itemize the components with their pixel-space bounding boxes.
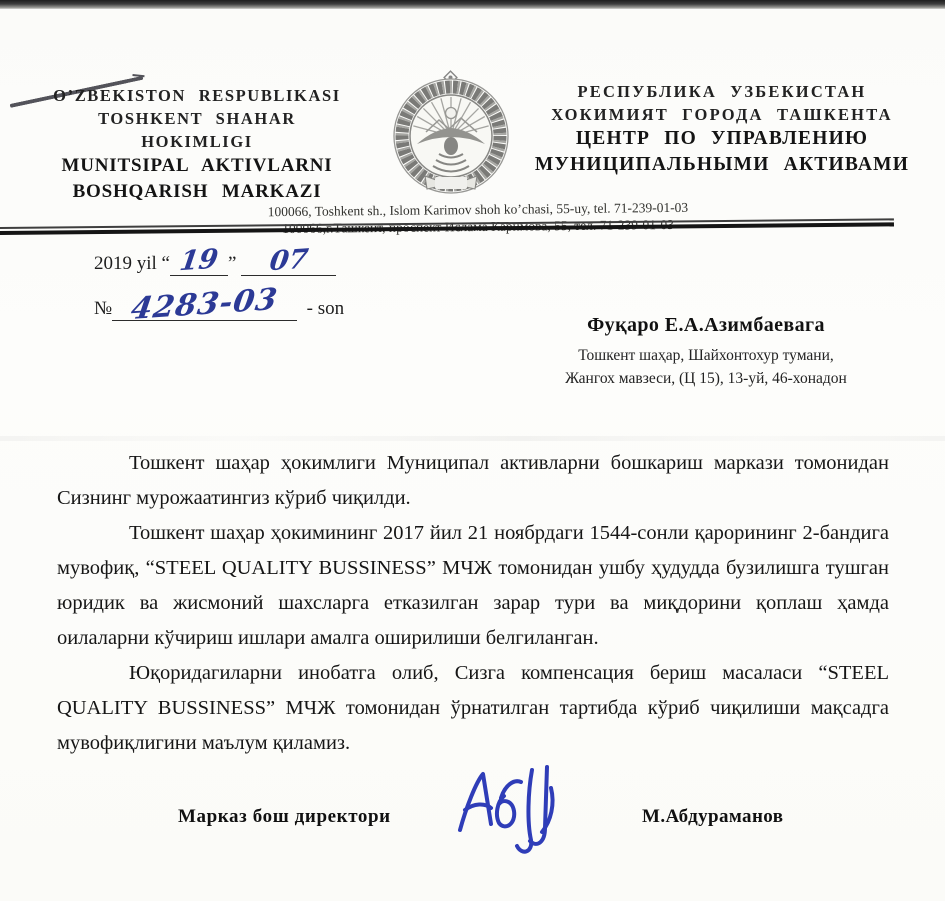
- reference-number-row: №4283-03 - son: [94, 295, 344, 339]
- scanned-letter-page: O’ZBEKISTON RESPUBLIKASI TOSHKENT SHAHAR…: [0, 0, 945, 901]
- scan-edge-artifact: [0, 0, 945, 9]
- org-left-line: TOSHKENT SHAHAR HOKIMLIGI: [36, 107, 358, 153]
- date-day-blank: 19: [170, 251, 228, 276]
- recipient-address-line: Тошкент шаҳар, Шайхонтохур тумани,: [505, 344, 907, 367]
- org-right-line: РЕСПУБЛИКА УЗБЕКИСТАН: [522, 80, 922, 103]
- uzbekistan-emblem-icon: [386, 70, 518, 198]
- org-header-left: O’ZBEKISTON RESPUBLIKASI TOSHKENT SHAHAR…: [36, 84, 358, 205]
- org-right-line: МУНИЦИПАЛЬНЫМИ АКТИВАМИ: [522, 152, 922, 178]
- body-paragraph: Тошкент шаҳар ҳокимлиги Муниципал активл…: [57, 446, 889, 516]
- number-handwritten: 4283-03: [130, 290, 279, 320]
- body-paragraph: Юқоридагиларни инобатга олиб, Сизга комп…: [57, 656, 889, 761]
- reference-block: 2019 yil “19” 07 №4283-03 - son: [94, 251, 344, 339]
- date-quote: ”: [228, 253, 236, 274]
- recipient-block: Фуқаро Е.А.Азимбаевага Тошкент шаҳар, Ша…: [505, 314, 907, 390]
- letter-body: Тошкент шаҳар ҳокимлиги Муниципал активл…: [57, 446, 889, 761]
- recipient-address-line: Жангох мавзеси, (Ц 15), 13-уй, 46-хонадо…: [505, 367, 907, 390]
- date-month-handwritten: 07: [268, 250, 309, 273]
- number-blank: 4283-03: [112, 295, 297, 321]
- org-header-right: РЕСПУБЛИКА УЗБЕКИСТАН ХОКИМИЯТ ГОРОДА ТА…: [522, 80, 922, 178]
- recipient-name: Фуқаро Е.А.Азимбаевага: [505, 314, 907, 337]
- paper-crease: [0, 436, 945, 441]
- date-day-handwritten: 19: [179, 250, 220, 273]
- number-sign: №: [94, 298, 112, 319]
- date-month-blank: 07: [241, 251, 336, 276]
- number-suffix: - son: [307, 298, 344, 319]
- body-paragraph: Тошкент шаҳар ҳокимининг 2017 йил 21 ноя…: [57, 516, 889, 656]
- org-left-line: BOSHQARISH MARKAZI: [36, 179, 358, 205]
- signatory-name: М.Абдураманов: [642, 806, 783, 828]
- signature-autograph-icon: [452, 760, 576, 864]
- org-right-line: ХОКИМИЯТ ГОРОДА ТАШКЕНТА: [522, 103, 922, 126]
- date-label: 2019 yil “: [94, 253, 170, 274]
- org-right-line: ЦЕНТР ПО УПРАВЛЕНИЮ: [522, 126, 922, 152]
- org-left-line: O’ZBEKISTON RESPUBLIKASI: [36, 84, 358, 107]
- signatory-title: Марказ бош директори: [178, 806, 391, 828]
- org-left-line: MUNITSIPAL AKTIVLARNI: [36, 153, 358, 179]
